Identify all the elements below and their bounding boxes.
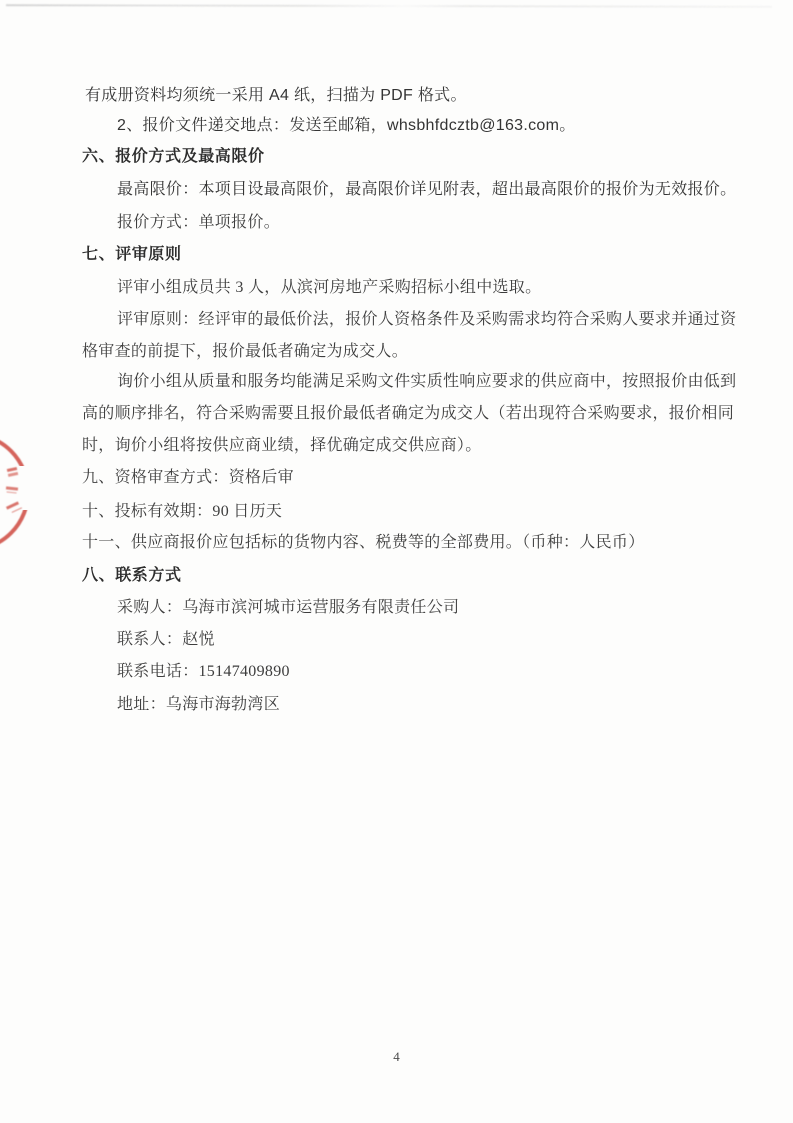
line-inquiry-group-3: 时，询价小组将按供应商业绩，择优确定成交供应商）。 — [82, 436, 482, 456]
line-review-principle-2: 格审查的前提下，报价最低者确定为成交人。 — [82, 342, 408, 362]
line-section-nine: 九、资格审查方式：资格后审 — [82, 468, 294, 488]
heading-section-seven: 七、评审原则 — [82, 245, 182, 265]
line-contact-person: 联系人：赵悦 — [117, 630, 215, 650]
line-contact-address: 地址：乌海市海勃湾区 — [117, 695, 280, 715]
red-seal-fragment — [0, 430, 40, 555]
heading-section-six: 六、报价方式及最高限价 — [82, 147, 265, 167]
para-binding-materials: 有成册资料均须统一采用 A4 纸，扫描为 PDF 格式。 — [85, 86, 467, 106]
heading-section-eight: 八、联系方式 — [82, 566, 182, 586]
line-inquiry-group-1: 询价小组从质量和服务均能满足采购文件实质性响应要求的供应商中，按照报价由低到 — [117, 372, 736, 392]
line-purchaser: 采购人：乌海市滨河城市运营服务有限责任公司 — [117, 598, 459, 618]
line-section-eleven: 十一、供应商报价应包括标的货物内容、税费等的全部费用。（币种：人民币） — [82, 533, 645, 553]
scan-artifact-line — [6, 4, 772, 8]
line-contact-phone: 联系电话：15147409890 — [117, 662, 290, 682]
line-quote-method: 报价方式：单项报价。 — [117, 213, 280, 233]
page-number: 4 — [0, 1049, 793, 1065]
line-review-panel: 评审小组成员共 3 人，从滨河房地产采购招标小组中选取。 — [117, 278, 541, 298]
line-max-price: 最高限价：本项目设最高限价，最高限价详见附表，超出最高限价的报价为无效报价。 — [117, 180, 736, 200]
line-section-ten: 十、投标有效期：90 日历天 — [82, 502, 282, 522]
document-page: 有成册资料均须统一采用 A4 纸，扫描为 PDF 格式。 2、报价文件递交地点：… — [0, 0, 793, 1123]
item-delivery-address: 2、报价文件递交地点：发送至邮箱，whsbhfdcztb@163.com。 — [117, 116, 576, 136]
line-inquiry-group-2: 高的顺序排名，符合采购需要且报价最低者确定为成交人（若出现符合采购要求，报价相同 — [82, 404, 734, 424]
line-review-principle-1: 评审原则：经评审的最低价法，报价人资格条件及采购需求均符合采购人要求并通过资 — [117, 310, 736, 330]
